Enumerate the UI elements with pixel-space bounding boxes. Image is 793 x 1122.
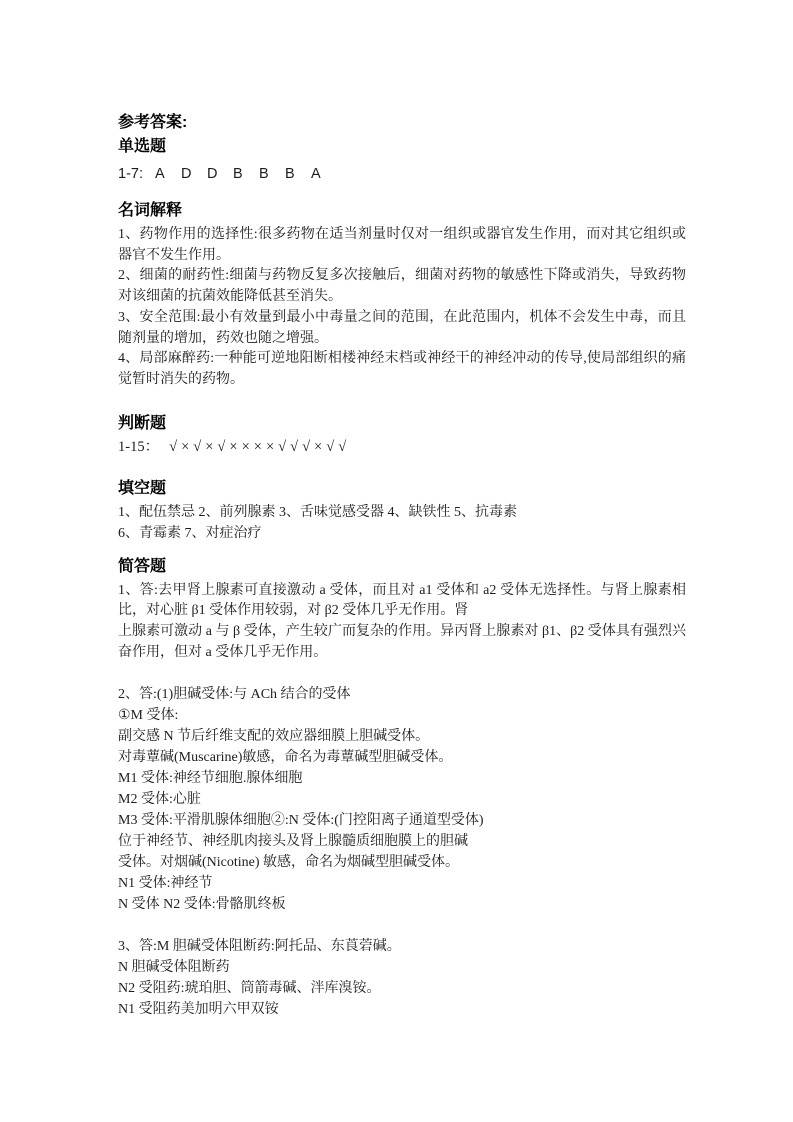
- single-choice-range-label: 1-7:: [118, 164, 143, 185]
- true-false-answer: √: [217, 437, 225, 458]
- terms-list: 1、药物作用的选择性:很多药物在适当剂量时仅对一组织或器官发生作用，而对其它组织…: [118, 225, 686, 391]
- term-item: 2、细菌的耐药性:细菌与药物反复多次接触后，细菌对药物的敏感性下降或消失，导致药…: [118, 266, 686, 307]
- true-false-range-label: 1-15：: [118, 437, 159, 458]
- true-false-answer: √: [278, 437, 286, 458]
- short-answer-line: N 胆碱受体阻断药: [118, 957, 686, 978]
- short-answer-line: N1 受阻药美加明六甲双铵: [118, 999, 686, 1020]
- short-answer-paragraph: 1、答:去甲肾上腺素可直接激动 a 受体，而且对 a1 受体和 a2 受体无选择…: [118, 581, 686, 622]
- true-false-answer: ×: [314, 437, 322, 458]
- short-answer-line: 受体。对烟碱(Nicotine) 敏感，命名为烟碱型胆碱受体。: [118, 852, 686, 873]
- short-answer-line: 2、答:(1)胆碱受体:与 ACh 结合的受体: [118, 684, 686, 705]
- term-item: 3、安全范围:最小有效量到最小中毒量之间的范围，在此范围内，机体不会发生中毒，而…: [118, 308, 686, 349]
- short-answer-line: M1 受体:神经节细胞.腺体细胞: [118, 768, 686, 789]
- fill-blank-line: 1、配伍禁忌 2、前列腺素 3、舌味觉感受器 4、缺铁性 5、抗毒素: [118, 502, 686, 523]
- short-answer-line: N2 受阻药:琥珀胆、筒箭毒碱、泮库溴铵。: [118, 978, 686, 999]
- section-heading-terms: 名词解释: [118, 200, 686, 222]
- short-answer-1: 1、答:去甲肾上腺素可直接激动 a 受体，而且对 a1 受体和 a2 受体无选择…: [118, 581, 686, 664]
- single-choice-answer: B: [233, 164, 259, 185]
- short-answer-line: 对毒蕈碱(Muscarine)敏感，命名为毒蕈碱型胆碱受体。: [118, 747, 686, 768]
- true-false-answer: √: [302, 437, 310, 458]
- true-false-answer: ×: [205, 437, 213, 458]
- short-answer-line: 3、答:M 胆碱受体阻断药:阿托品、东莨菪碱。: [118, 936, 686, 957]
- fill-blanks-list: 1、配伍禁忌 2、前列腺素 3、舌味觉感受器 4、缺铁性 5、抗毒素 6、青霉素…: [118, 502, 686, 544]
- true-false-answer: √: [193, 437, 201, 458]
- true-false-answer: √: [169, 437, 177, 458]
- short-answer-line: 位于神经节、神经肌肉接头及肾上腺髓质细胞膜上的胆碱: [118, 831, 686, 852]
- section-heading-single-choice: 单选题: [118, 136, 686, 158]
- true-false-answer: √: [326, 437, 334, 458]
- true-false-answers-row: 1-15：√×√×√××××√√√×√√: [118, 437, 686, 458]
- single-choice-answer: B: [259, 164, 285, 185]
- short-answer-2: 2、答:(1)胆碱受体:与 ACh 结合的受体 ①M 受体: 副交感 N 节后纤…: [118, 684, 686, 915]
- true-false-answer: ×: [266, 437, 274, 458]
- true-false-answer: √: [290, 437, 298, 458]
- short-answer-line: N1 受体:神经节: [118, 873, 686, 894]
- true-false-answer: ×: [181, 437, 189, 458]
- term-item: 1、药物作用的选择性:很多药物在适当剂量时仅对一组织或器官发生作用，而对其它组织…: [118, 225, 686, 266]
- section-heading-fill-blanks: 填空题: [118, 478, 686, 500]
- single-choice-answer: A: [155, 164, 181, 185]
- short-answer-line: M2 受体:心脏: [118, 789, 686, 810]
- short-answer-paragraph: 上腺素可激动 a 与 β 受体，产生较广而复杂的作用。异丙肾上腺素对 β1、β2…: [118, 622, 686, 663]
- short-answer-line: ①M 受体:: [118, 705, 686, 726]
- short-answer-line: M3 受体:平滑肌腺体细胞②:N 受体:(门控阳离子通道型受体): [118, 810, 686, 831]
- document-title: 参考答案:: [118, 112, 686, 134]
- true-false-answer: √: [338, 437, 346, 458]
- short-answer-line: N 受体 N2 受体:骨骼肌终板: [118, 894, 686, 915]
- single-choice-answer: B: [285, 164, 311, 185]
- document-content: 参考答案: 单选题 1-7:ADDBBBA 名词解释 1、药物作用的选择性:很多…: [118, 112, 686, 1020]
- true-false-answer: ×: [229, 437, 237, 458]
- single-choice-answer: D: [207, 164, 233, 185]
- single-choice-answers-row: 1-7:ADDBBBA: [118, 164, 686, 185]
- fill-blank-line: 6、青霉素 7、对症治疗: [118, 523, 686, 544]
- short-answer-3: 3、答:M 胆碱受体阻断药:阿托品、东莨菪碱。 N 胆碱受体阻断药 N2 受阻药…: [118, 936, 686, 1020]
- true-false-answer: ×: [242, 437, 250, 458]
- single-choice-answer: D: [181, 164, 207, 185]
- section-heading-short-answers: 简答题: [118, 556, 686, 578]
- short-answer-line: 副交感 N 节后纤维支配的效应器细膜上胆碱受体。: [118, 726, 686, 747]
- short-answers: 1、答:去甲肾上腺素可直接激动 a 受体，而且对 a1 受体和 a2 受体无选择…: [118, 581, 686, 1021]
- single-choice-answer: A: [311, 164, 337, 185]
- term-item: 4、局部麻醉药:一种能可逆地阳断相楼神经末档或神经干的神经冲动的传导,使局部组织…: [118, 349, 686, 390]
- true-false-answer: ×: [254, 437, 262, 458]
- document-page: 参考答案: 单选题 1-7:ADDBBBA 名词解释 1、药物作用的选择性:很多…: [0, 0, 793, 1122]
- section-heading-true-false: 判断题: [118, 413, 686, 435]
